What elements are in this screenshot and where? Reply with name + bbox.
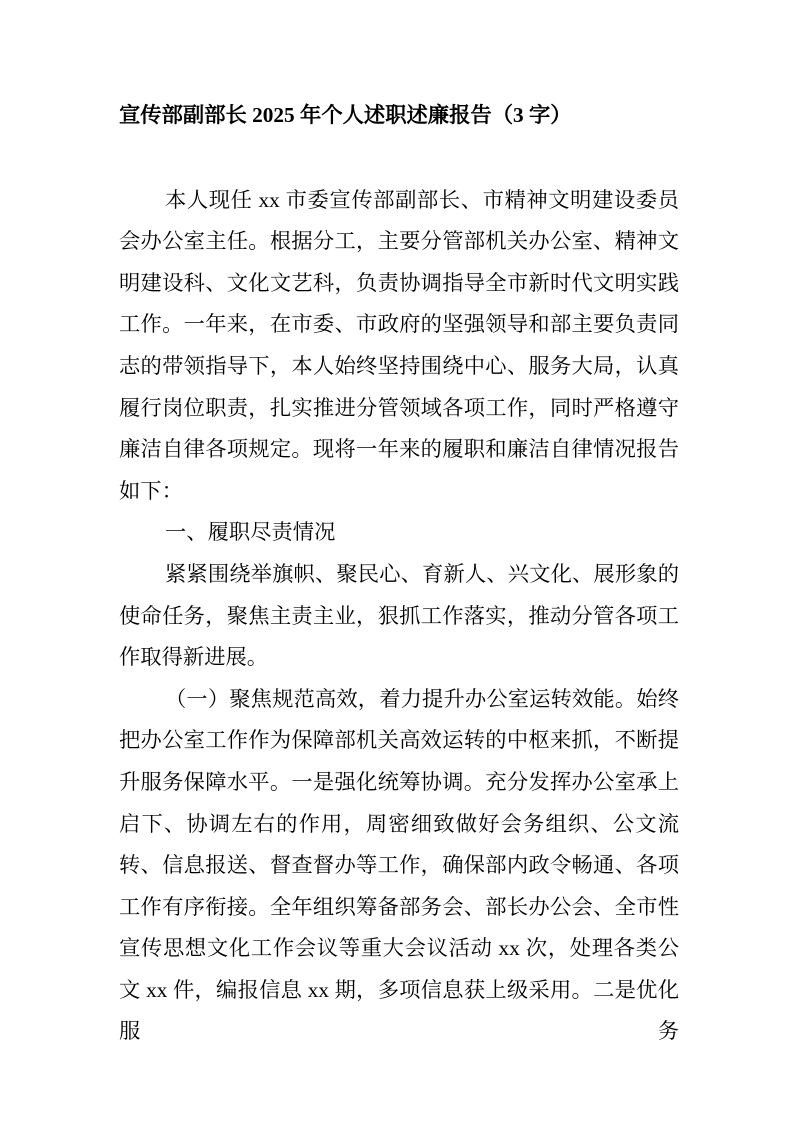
- section-heading: 一、履职尽责情况: [119, 512, 679, 554]
- paragraph-intro: 本人现任 xx 市委宣传部副部长、市精神文明建设委员会办公室主任。根据分工，主要…: [119, 180, 679, 513]
- paragraph-office-work: （一）聚焦规范高效，着力提升办公室运转效能。始终把办公室工作作为保障部机关高效运…: [119, 679, 679, 1053]
- document-title: 宣传部副部长 2025 年个人述职述廉报告（3 字）: [119, 95, 679, 137]
- document-page: 宣传部副部长 2025 年个人述职述廉报告（3 字） 本人现任 xx 市委宣传部…: [0, 0, 793, 1122]
- paragraph-summary: 紧紧围绕举旗帜、聚民心、育新人、兴文化、展形象的使命任务，聚焦主责主业，狠抓工作…: [119, 554, 679, 679]
- document-content: 宣传部副部长 2025 年个人述职述廉报告（3 字） 本人现任 xx 市委宣传部…: [119, 95, 679, 1053]
